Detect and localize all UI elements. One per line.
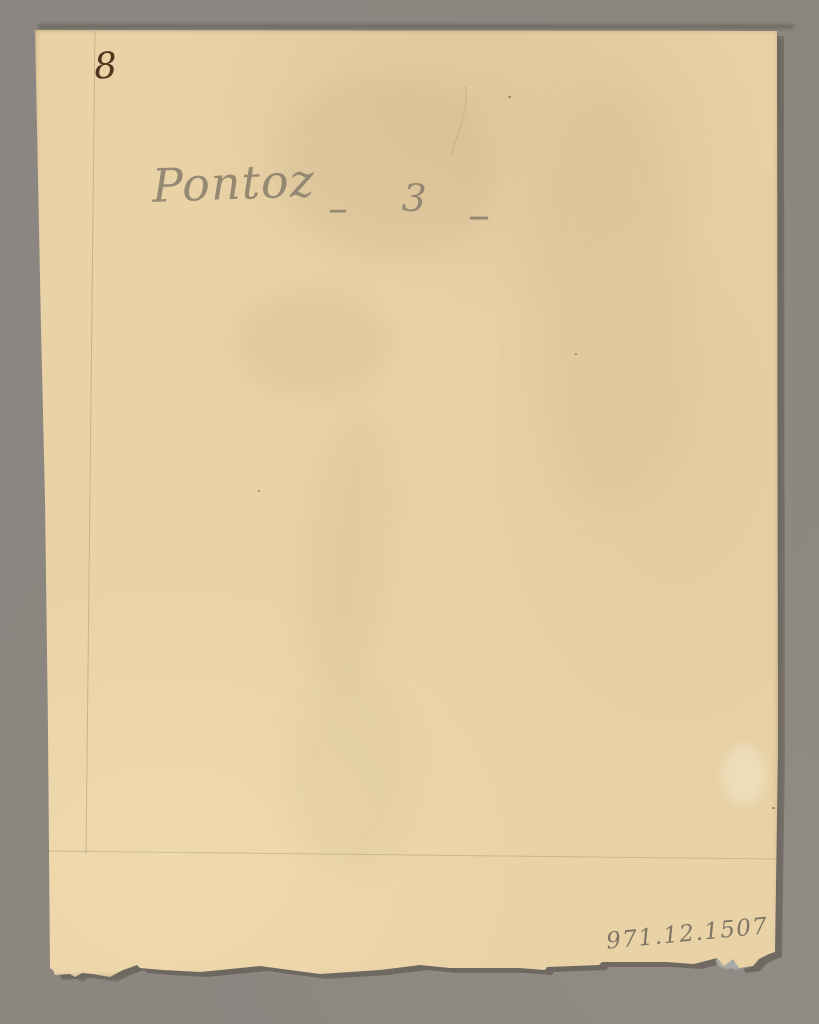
inscription-number: 3	[401, 175, 427, 220]
inscription-dash: –	[468, 190, 490, 241]
inscription-word: Pontoz	[151, 153, 316, 213]
pencil-inscription: Pontoz – 3 –	[152, 156, 572, 266]
photo-backdrop: 8 Pontoz – 3 – 971.12.1507	[0, 0, 819, 1024]
horizontal-margin-line	[44, 851, 778, 859]
crease-mark	[451, 86, 466, 156]
inscription-dash: –	[328, 186, 348, 232]
paper-sheet: 8 Pontoz – 3 – 971.12.1507	[34, 28, 780, 978]
ink-page-number: 8	[93, 45, 119, 87]
vertical-margin-line	[86, 31, 95, 854]
top-edge-shadow	[38, 24, 794, 29]
